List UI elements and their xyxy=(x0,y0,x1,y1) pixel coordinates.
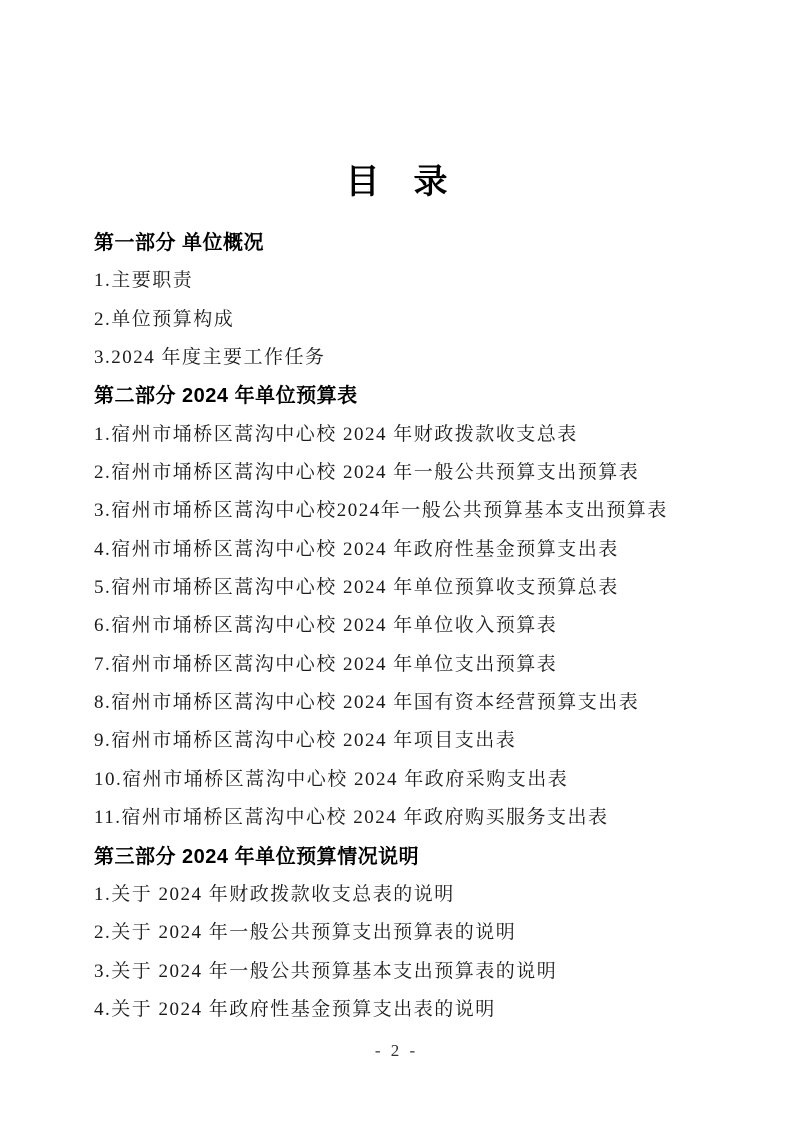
toc-item: 3.宿州市埇桥区蒿沟中心校2024年一般公共预算基本支出预算表 xyxy=(94,492,738,530)
toc-item: 1.主要职责 xyxy=(94,262,738,300)
toc-item: 3.2024 年度主要工作任务 xyxy=(94,339,738,377)
toc-item: 4.宿州市埇桥区蒿沟中心校 2024 年政府性基金预算支出表 xyxy=(94,531,738,569)
toc-item: 1.宿州市埇桥区蒿沟中心校 2024 年财政拨款收支总表 xyxy=(94,416,738,454)
toc-item: 2.关于 2024 年一般公共预算支出预算表的说明 xyxy=(94,914,738,952)
toc-content: 第一部分 单位概况1.主要职责2.单位预算构成3.2024 年度主要工作任务第二… xyxy=(94,224,738,1029)
toc-item: 9.宿州市埇桥区蒿沟中心校 2024 年项目支出表 xyxy=(94,722,738,760)
toc-item: 5.宿州市埇桥区蒿沟中心校 2024 年单位预算收支预算总表 xyxy=(94,569,738,607)
toc-item: 2.单位预算构成 xyxy=(94,301,738,339)
page-title: 目 录 xyxy=(0,154,793,203)
section-heading: 第二部分 2024 年单位预算表 xyxy=(94,377,738,415)
toc-item: 2.宿州市埇桥区蒿沟中心校 2024 年一般公共预算支出预算表 xyxy=(94,454,738,492)
toc-item: 3.关于 2024 年一般公共预算基本支出预算表的说明 xyxy=(94,953,738,991)
toc-item: 6.宿州市埇桥区蒿沟中心校 2024 年单位收入预算表 xyxy=(94,607,738,645)
document-page: 目 录 第一部分 单位概况1.主要职责2.单位预算构成3.2024 年度主要工作… xyxy=(0,0,793,1122)
toc-item: 11.宿州市埇桥区蒿沟中心校 2024 年政府购买服务支出表 xyxy=(94,799,738,837)
section-heading: 第一部分 单位概况 xyxy=(94,224,738,262)
page-number: - 2 - xyxy=(0,1041,793,1061)
toc-item: 8.宿州市埇桥区蒿沟中心校 2024 年国有资本经营预算支出表 xyxy=(94,684,738,722)
toc-item: 7.宿州市埇桥区蒿沟中心校 2024 年单位支出预算表 xyxy=(94,646,738,684)
toc-item: 1.关于 2024 年财政拨款收支总表的说明 xyxy=(94,876,738,914)
toc-item: 4.关于 2024 年政府性基金预算支出表的说明 xyxy=(94,991,738,1029)
section-heading: 第三部分 2024 年单位预算情况说明 xyxy=(94,838,738,876)
toc-item: 10.宿州市埇桥区蒿沟中心校 2024 年政府采购支出表 xyxy=(94,761,738,799)
